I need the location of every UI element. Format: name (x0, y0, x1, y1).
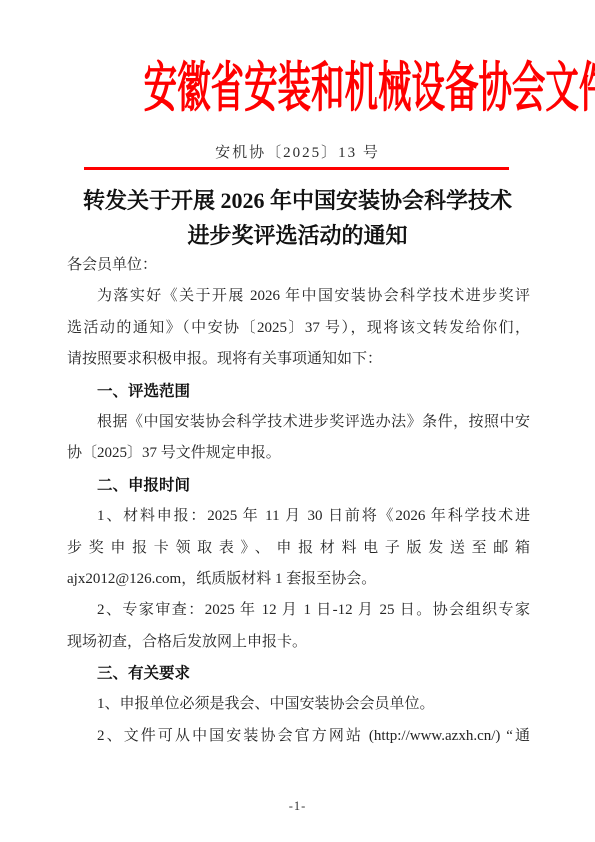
document-title: 转发关于开展 2026 年中国安装协会科学技术 进步奖评选活动的通知 (0, 183, 595, 253)
body-line: 请按照要求积极申报。现将有关事项通知如下： (67, 344, 530, 375)
body-line: 根据《中国安装协会科学技术进步奖评选办法》条件，按照中安 (67, 407, 530, 438)
doc-number: 安机协〔2025〕13 号 (0, 141, 595, 162)
body-line-text: 步奖申报卡领取表》、申报材料电子版发送至邮箱 (67, 540, 530, 556)
body-line: 为落实好《关于开展 2026 年中国安装协会科学技术进步奖评 (67, 281, 530, 312)
page-number: -1- (0, 799, 595, 814)
body-line-text: 2、专家审查：2025 年 12 月 1 日-12 月 25 日。协会组织专家 (97, 602, 530, 618)
body-line-text: 三、有关要求 (97, 665, 190, 682)
red-divider-line (84, 167, 509, 170)
body-line: 选活动的通知》（中安协〔2025〕37 号），现将该文转发给你们， (67, 313, 530, 344)
body-line-text: 一、评选范围 (97, 383, 190, 400)
body-line-text: 为落实好《关于开展 2026 年中国安装协会科学技术进步奖评 (97, 288, 530, 304)
body-line-text: 2、文件可从中国安装协会官方网站 (http://www.azxh.cn/) “… (97, 728, 530, 744)
body-line-text: 根据《中国安装协会科学技术进步奖评选办法》条件，按照中安 (97, 414, 530, 430)
body-line: ajx2012@126.com，纸质版材料 1 套报至协会。 (67, 564, 530, 595)
org-header-title: 安徽省安装和机械设备协会文件 (144, 58, 595, 118)
body-line: 二、申报时间 (67, 470, 530, 501)
body-line: 各会员单位： (67, 250, 530, 281)
body-line-text: 二、申报时间 (97, 477, 190, 494)
body-line-text: 现场初查，合格后发放网上申报卡。 (67, 634, 307, 650)
body-line: 2、专家审查：2025 年 12 月 1 日-12 月 25 日。协会组织专家 (67, 595, 530, 626)
body-line: 三、有关要求 (67, 658, 530, 689)
body-line: 步奖申报卡领取表》、申报材料电子版发送至邮箱 (67, 533, 530, 564)
body-line-text: 协〔2025〕37 号文件规定申报。 (67, 445, 281, 461)
body-line-text: 各会员单位： (67, 257, 157, 273)
body-line-text: 请按照要求积极申报。现将有关事项通知如下： (67, 351, 382, 367)
body-line: 现场初查，合格后发放网上申报卡。 (67, 627, 530, 658)
body-line-text: ajx2012@126.com，纸质版材料 1 套报至协会。 (67, 571, 376, 587)
body-line: 1、申报单位必须是我会、中国安装协会会员单位。 (67, 689, 530, 720)
body-line-text: 1、材料申报：2025 年 11 月 30 日前将《2026 年科学技术进 (97, 508, 530, 524)
document-page: 安徽省安装和机械设备协会文件 安机协〔2025〕13 号 转发关于开展 2026… (0, 0, 595, 842)
body-line: 2、文件可从中国安装协会官方网站 (http://www.azxh.cn/) “… (67, 721, 530, 752)
body-line-text: 选活动的通知》（中安协〔2025〕37 号），现将该文转发给你们， (67, 320, 530, 336)
document-body: 各会员单位： 为落实好《关于开展 2026 年中国安装协会科学技术进步奖评 选活… (67, 250, 530, 752)
body-line-text: 1、申报单位必须是我会、中国安装协会会员单位。 (97, 696, 435, 712)
org-header: 安徽省安装和机械设备协会文件 (0, 58, 595, 118)
body-line: 协〔2025〕37 号文件规定申报。 (67, 438, 530, 469)
body-line: 1、材料申报：2025 年 11 月 30 日前将《2026 年科学技术进 (67, 501, 530, 532)
document-title-line2: 进步奖评选活动的通知 (0, 218, 595, 253)
body-line: 一、评选范围 (67, 376, 530, 407)
document-title-line1: 转发关于开展 2026 年中国安装协会科学技术 (0, 183, 595, 218)
